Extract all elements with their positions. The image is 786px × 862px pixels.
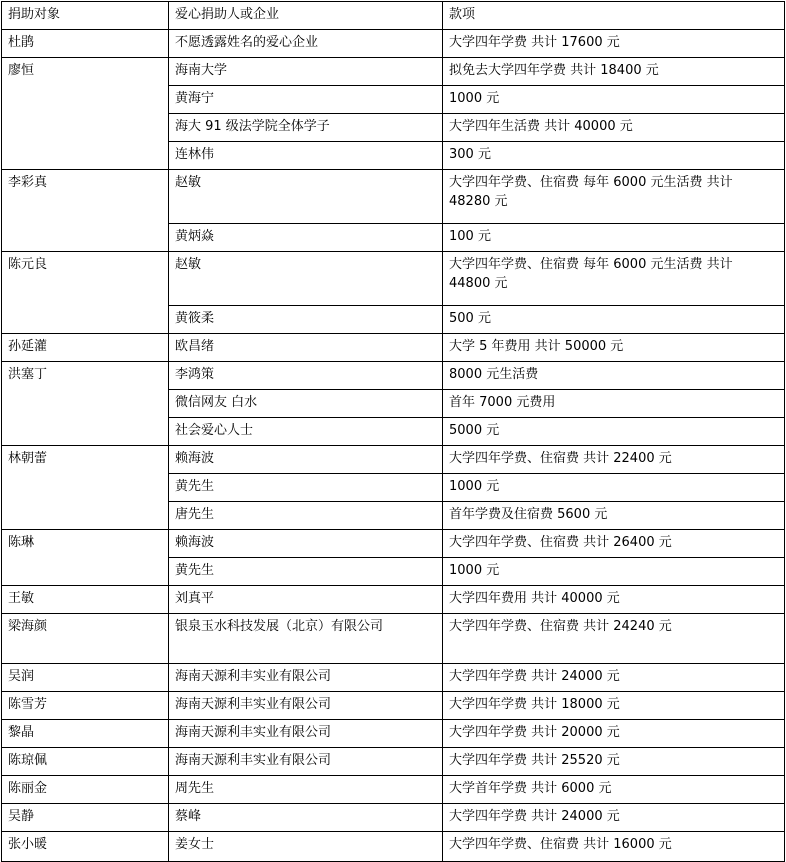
recipient-cell: 孙延灌: [2, 334, 169, 362]
header-amount: 款项: [443, 2, 785, 30]
recipient-cell: 陈琼佩: [2, 748, 169, 776]
donor-cell: 海南天源利丰实业有限公司: [169, 664, 443, 692]
donor-cell: 黄筱柔: [169, 306, 443, 334]
amount-cell: 大学四年学费、住宿费 共计 24240 元: [443, 614, 785, 664]
donor-cell: 黄先生: [169, 558, 443, 586]
table-row: 廖恒 海南大学 拟免去大学四年学费 共计 18400 元: [2, 58, 785, 86]
donor-cell: 刘真平: [169, 586, 443, 614]
donor-cell: 海南大学: [169, 58, 443, 86]
recipient-cell: 吴润: [2, 664, 169, 692]
header-row: 捐助对象 爱心捐助人或企业 款项: [2, 2, 785, 30]
header-recipient: 捐助对象: [2, 2, 169, 30]
amount-cell: 大学四年学费、住宿费 每年 6000 元生活费 共计 48280 元: [443, 170, 785, 224]
donor-cell: 海南天源利丰实业有限公司: [169, 720, 443, 748]
donor-cell: 黄先生: [169, 474, 443, 502]
amount-cell: 300 元: [443, 142, 785, 170]
amount-cell: 大学四年学费、住宿费 共计 16000 元: [443, 832, 785, 862]
recipient-cell: 林朝蕾: [2, 446, 169, 530]
amount-cell: 大学四年学费、住宿费 共计 22400 元: [443, 446, 785, 474]
table-row: 王敏 刘真平 大学四年费用 共计 40000 元: [2, 586, 785, 614]
donor-cell: 周先生: [169, 776, 443, 804]
table-row: 李彩真 赵敏 大学四年学费、住宿费 每年 6000 元生活费 共计 48280 …: [2, 170, 785, 224]
table-row: 梁海颜 银泉玉水科技发展（北京）有限公司 大学四年学费、住宿费 共计 24240…: [2, 614, 785, 664]
recipient-cell: 吴静: [2, 804, 169, 832]
donor-cell: 赵敏: [169, 252, 443, 306]
donor-cell: 赖海波: [169, 446, 443, 474]
amount-cell: 首年 7000 元费用: [443, 390, 785, 418]
amount-cell: 大学四年学费 共计 20000 元: [443, 720, 785, 748]
amount-cell: 大学四年学费 共计 18000 元: [443, 692, 785, 720]
amount-cell: 1000 元: [443, 86, 785, 114]
amount-cell: 拟免去大学四年学费 共计 18400 元: [443, 58, 785, 86]
table-row: 杜鹃 不愿透露姓名的爱心企业 大学四年学费 共计 17600 元: [2, 30, 785, 58]
amount-cell: 大学四年生活费 共计 40000 元: [443, 114, 785, 142]
amount-cell: 100 元: [443, 224, 785, 252]
amount-cell: 大学四年学费 共计 24000 元: [443, 664, 785, 692]
amount-cell: 大学四年学费 共计 24000 元: [443, 804, 785, 832]
donor-cell: 蔡峰: [169, 804, 443, 832]
recipient-cell: 李彩真: [2, 170, 169, 252]
amount-cell: 8000 元生活费: [443, 362, 785, 390]
donor-cell: 欧昌绪: [169, 334, 443, 362]
table-row: 陈丽金 周先生 大学首年学费 共计 6000 元: [2, 776, 785, 804]
recipient-cell: 洪塞丁: [2, 362, 169, 446]
recipient-cell: 黎晶: [2, 720, 169, 748]
donation-table: 捐助对象 爱心捐助人或企业 款项 杜鹃 不愿透露姓名的爱心企业 大学四年学费 共…: [1, 1, 785, 862]
recipient-cell: 张小暖: [2, 832, 169, 862]
recipient-cell: 陈元良: [2, 252, 169, 334]
donor-cell: 不愿透露姓名的爱心企业: [169, 30, 443, 58]
recipient-cell: 陈雪芳: [2, 692, 169, 720]
table-row: 孙延灌 欧昌绪 大学 5 年费用 共计 50000 元: [2, 334, 785, 362]
table-row: 吴润 海南天源利丰实业有限公司 大学四年学费 共计 24000 元: [2, 664, 785, 692]
recipient-cell: 廖恒: [2, 58, 169, 170]
donor-cell: 黄海宁: [169, 86, 443, 114]
donor-cell: 赖海波: [169, 530, 443, 558]
table-row: 陈琼佩 海南天源利丰实业有限公司 大学四年学费 共计 25520 元: [2, 748, 785, 776]
donor-cell: 银泉玉水科技发展（北京）有限公司: [169, 614, 443, 664]
amount-cell: 1000 元: [443, 558, 785, 586]
donor-cell: 黄炳焱: [169, 224, 443, 252]
amount-cell: 大学 5 年费用 共计 50000 元: [443, 334, 785, 362]
amount-cell: 大学首年学费 共计 6000 元: [443, 776, 785, 804]
amount-cell: 大学四年学费 共计 17600 元: [443, 30, 785, 58]
amount-cell: 5000 元: [443, 418, 785, 446]
recipient-cell: 陈丽金: [2, 776, 169, 804]
amount-cell: 首年学费及住宿费 5600 元: [443, 502, 785, 530]
header-donor: 爱心捐助人或企业: [169, 2, 443, 30]
donor-cell: 社会爱心人士: [169, 418, 443, 446]
donor-cell: 微信网友 白水: [169, 390, 443, 418]
donor-cell: 连林伟: [169, 142, 443, 170]
recipient-cell: 陈琳: [2, 530, 169, 586]
donor-cell: 海大 91 级法学院全体学子: [169, 114, 443, 142]
recipient-cell: 杜鹃: [2, 30, 169, 58]
amount-cell: 500 元: [443, 306, 785, 334]
recipient-cell: 王敏: [2, 586, 169, 614]
table-row: 陈琳 赖海波 大学四年学费、住宿费 共计 26400 元: [2, 530, 785, 558]
donor-cell: 赵敏: [169, 170, 443, 224]
table-row: 陈元良 赵敏 大学四年学费、住宿费 每年 6000 元生活费 共计 44800 …: [2, 252, 785, 306]
recipient-cell: 梁海颜: [2, 614, 169, 664]
amount-cell: 大学四年学费、住宿费 每年 6000 元生活费 共计 44800 元: [443, 252, 785, 306]
table-row: 陈雪芳 海南天源利丰实业有限公司 大学四年学费 共计 18000 元: [2, 692, 785, 720]
table-row: 洪塞丁 李鸿策 8000 元生活费: [2, 362, 785, 390]
table-row: 黎晶 海南天源利丰实业有限公司 大学四年学费 共计 20000 元: [2, 720, 785, 748]
donor-cell: 李鸿策: [169, 362, 443, 390]
donor-cell: 海南天源利丰实业有限公司: [169, 692, 443, 720]
table-row: 林朝蕾 赖海波 大学四年学费、住宿费 共计 22400 元: [2, 446, 785, 474]
table-row: 张小暖 姜女士 大学四年学费、住宿费 共计 16000 元: [2, 832, 785, 862]
amount-cell: 1000 元: [443, 474, 785, 502]
amount-cell: 大学四年费用 共计 40000 元: [443, 586, 785, 614]
donor-cell: 姜女士: [169, 832, 443, 862]
amount-cell: 大学四年学费 共计 25520 元: [443, 748, 785, 776]
donor-cell: 唐先生: [169, 502, 443, 530]
donor-cell: 海南天源利丰实业有限公司: [169, 748, 443, 776]
table-row: 吴静 蔡峰 大学四年学费 共计 24000 元: [2, 804, 785, 832]
amount-cell: 大学四年学费、住宿费 共计 26400 元: [443, 530, 785, 558]
